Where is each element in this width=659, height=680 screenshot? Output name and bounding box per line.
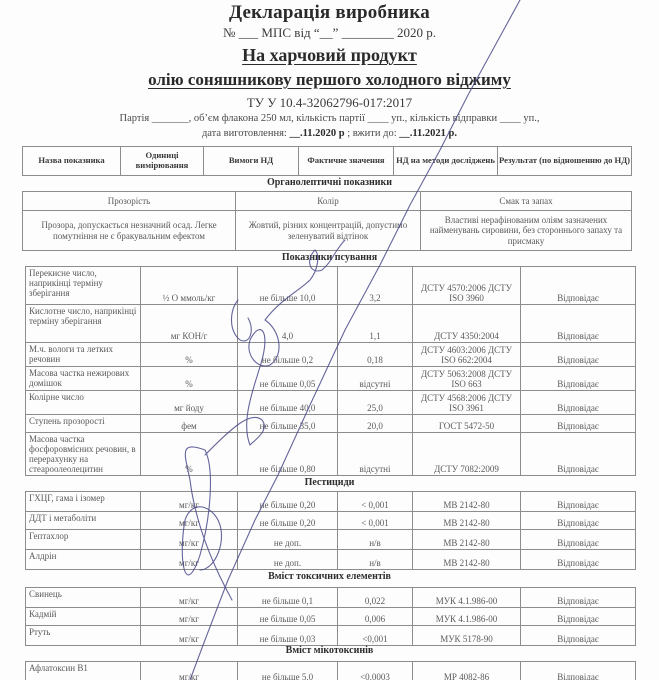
indicator-name: Масова частка нежирових домішок xyxy=(26,367,141,391)
method-cell: МВ 2142-80 xyxy=(413,512,521,530)
pesticides-table: ГХЦГ, гама і ізомермг/кгне більше 0,20< … xyxy=(25,491,636,570)
col-header-actual: Фактичне значення xyxy=(299,147,394,176)
product-line: На харчовий продукт xyxy=(0,45,659,66)
section-pesticides: Пестициди xyxy=(0,477,659,488)
unit-cell: фем xyxy=(141,415,238,433)
method-cell: ГОСТ 5472-50 xyxy=(413,415,521,433)
indicator-name: Ртуть xyxy=(26,626,141,646)
method-cell: ДСТУ 4568:2006 ДСТУ ISO 3961 xyxy=(413,391,521,415)
table-row: Алдрінмг/кгне доп.н/вМВ 2142-80Відповіда… xyxy=(26,550,636,570)
result-cell: Відповідає xyxy=(521,305,636,343)
col-header-unit: Одиниці вимірювання xyxy=(121,147,204,176)
unit-cell: мг/кг xyxy=(141,626,238,646)
table-row: Гептахлормг/кгне доп.н/вМВ 2142-80Відпов… xyxy=(26,530,636,550)
requirement-cell: не більше 0,80 xyxy=(238,433,338,476)
actual-value-cell: 25,0 xyxy=(338,391,413,415)
result-cell: Відповідає xyxy=(521,267,636,305)
indicator-name: Колірне число xyxy=(26,391,141,415)
indicator-name: Ступень прозорості xyxy=(26,415,141,433)
actual-value-cell: відсутні xyxy=(338,367,413,391)
indicator-name: Перекисне число, наприкінці терміну збер… xyxy=(26,267,141,305)
actual-value-cell: 0,18 xyxy=(338,343,413,367)
requirement-cell: не доп. xyxy=(238,550,338,570)
unit-cell: мг/кг xyxy=(141,512,238,530)
table-row: Кадміймг/кгне більше 0,050,006МУК 4.1.98… xyxy=(26,608,636,626)
result-cell: Відповідає xyxy=(521,415,636,433)
organoleptic-header-clarity: Прозорість xyxy=(23,192,236,211)
expiry-date: __.11.2021 р. xyxy=(399,128,457,139)
table-row: Свинецьмг/кгне більше 0,10,022МУК 4.1.98… xyxy=(26,588,636,608)
result-cell: Відповідає xyxy=(521,550,636,570)
organoleptic-value-taste: Властиві нерафінованим оліям зазначених … xyxy=(421,211,632,251)
actual-value-cell: 0,006 xyxy=(338,608,413,626)
method-cell: МР 4082-86 xyxy=(413,662,521,680)
indicator-name: Алдрін xyxy=(26,550,141,570)
unit-cell: мг/кг xyxy=(141,550,238,570)
result-cell: Відповідає xyxy=(521,492,636,512)
actual-value-cell: 3,2 xyxy=(338,267,413,305)
result-cell: Відповідає xyxy=(521,343,636,367)
method-cell: МВ 2142-80 xyxy=(413,550,521,570)
col-header-name: Назва показника xyxy=(23,147,121,176)
table-row: Масова частка фосфоровмісних речовин, в … xyxy=(26,433,636,476)
unit-cell: % xyxy=(141,433,238,476)
method-cell: ДСТУ 4570:2006 ДСТУ ISO 3960 xyxy=(413,267,521,305)
unit-cell: мг/кг xyxy=(141,662,238,680)
spoilage-table: Перекисне число, наприкінці терміну збер… xyxy=(25,266,636,476)
method-cell: МУК 4.1.986-00 xyxy=(413,608,521,626)
col-header-result: Результат (по відношенню до НД) xyxy=(498,147,632,176)
unit-cell: мг КОН/г xyxy=(141,305,238,343)
requirement-cell: не більше 35,0 xyxy=(238,415,338,433)
unit-cell: мг/кг xyxy=(141,608,238,626)
col-header-requirement: Вимоги НД xyxy=(204,147,299,176)
method-cell: МУК 5178-90 xyxy=(413,626,521,646)
organoleptic-header-color: Колір xyxy=(236,192,421,211)
requirement-cell: не більше 0,20 xyxy=(238,512,338,530)
table-row: Афлатоксин В1мг/кгне більше 5,0<0,0003МР… xyxy=(26,662,636,680)
method-cell: ДСТУ 7082:2009 xyxy=(413,433,521,476)
indicator-name: М.ч. вологи та летких речовин xyxy=(26,343,141,367)
unit-cell: мг/кг xyxy=(141,588,238,608)
result-cell: Відповідає xyxy=(521,512,636,530)
section-spoilage: Показники псування xyxy=(0,252,659,263)
requirement-cell: не більше 0,05 xyxy=(238,608,338,626)
document-title: Декларація виробника xyxy=(0,2,659,24)
declaration-number: № ___ МПС від “__” ________ 2020 р. xyxy=(0,25,659,41)
result-cell: Відповідає xyxy=(521,433,636,476)
unit-cell: мг/кг xyxy=(141,492,238,512)
actual-value-cell: < 0,001 xyxy=(338,492,413,512)
organoleptic-header-taste: Смак та запах xyxy=(421,192,632,211)
section-mycotoxins: Вміст мікотоксинів xyxy=(0,645,659,656)
table-row: Масова частка нежирових домішок%не більш… xyxy=(26,367,636,391)
result-cell: Відповідає xyxy=(521,626,636,646)
result-cell: Відповідає xyxy=(521,391,636,415)
actual-value-cell: н/в xyxy=(338,530,413,550)
table-row: ГХЦГ, гама і ізомермг/кгне більше 0,20< … xyxy=(26,492,636,512)
indicator-name: ДДТ і метаболіти xyxy=(26,512,141,530)
unit-cell: ½ О ммоль/кг xyxy=(141,267,238,305)
requirement-cell: не більше 0,1 xyxy=(238,588,338,608)
indicator-name: Масова частка фосфоровмісних речовин, в … xyxy=(26,433,141,476)
result-cell: Відповідає xyxy=(521,530,636,550)
actual-value-cell: 20,0 xyxy=(338,415,413,433)
date-separator: ; вжити до: xyxy=(345,128,400,139)
requirement-cell: не більше 40,0 xyxy=(238,391,338,415)
unit-cell: % xyxy=(141,367,238,391)
unit-cell: мг/кг xyxy=(141,530,238,550)
actual-value-cell: < 0,001 xyxy=(338,512,413,530)
method-cell: МВ 2142-80 xyxy=(413,530,521,550)
product-name: олію соняшникову першого холодного віджи… xyxy=(0,70,659,90)
column-header-table: Назва показника Одиниці вимірювання Вимо… xyxy=(22,146,632,176)
actual-value-cell: н/в xyxy=(338,550,413,570)
organoleptic-table: Прозорість Колір Смак та запах Прозора, … xyxy=(22,191,632,251)
section-organoleptic: Органолептичні показники xyxy=(0,177,659,188)
manufacture-date: __.11.2020 р xyxy=(289,128,344,139)
method-cell: ДСТУ 5063:2008 ДСТУ ISO 663 xyxy=(413,367,521,391)
requirement-cell: не більше 0,03 xyxy=(238,626,338,646)
requirement-cell: не більше 0,20 xyxy=(238,492,338,512)
result-cell: Відповідає xyxy=(521,588,636,608)
batch-info: Партія _______, об’єм флакона 250 мл, кі… xyxy=(0,113,659,124)
mycotoxins-table: Афлатоксин В1мг/кгне більше 5,0<0,0003МР… xyxy=(25,661,636,680)
toxic-elements-table: Свинецьмг/кгне більше 0,10,022МУК 4.1.98… xyxy=(25,587,636,646)
table-row: Ступень прозоростіфемне більше 35,020,0Г… xyxy=(26,415,636,433)
method-cell: ДСТУ 4350:2004 xyxy=(413,305,521,343)
table-row: ДДТ і метаболітимг/кгне більше 0,20< 0,0… xyxy=(26,512,636,530)
actual-value-cell: відсутні xyxy=(338,433,413,476)
unit-cell: мг йоду xyxy=(141,391,238,415)
product-name-text: олію соняшникову першого холодного віджи… xyxy=(148,70,511,89)
table-row: М.ч. вологи та летких речовин%не більше … xyxy=(26,343,636,367)
date-info: дата виготовлення: __.11.2020 р ; вжити … xyxy=(0,128,659,139)
actual-value-cell: 1,1 xyxy=(338,305,413,343)
method-cell: ДСТУ 4603:2006 ДСТУ ISO 662:2004 xyxy=(413,343,521,367)
date-prefix: дата виготовлення: xyxy=(202,128,290,139)
product-line-text: На харчовий продукт xyxy=(242,45,417,65)
result-cell: Відповідає xyxy=(521,608,636,626)
method-cell: МВ 2142-80 xyxy=(413,492,521,512)
technical-spec: ТУ У 10.4-32062796-017:2017 xyxy=(0,95,659,111)
table-row: Колірне числомг йодуне більше 40,025,0ДС… xyxy=(26,391,636,415)
section-toxic-elements: Вміст токсичних елементів xyxy=(0,571,659,582)
table-row: Перекисне число, наприкінці терміну збер… xyxy=(26,267,636,305)
actual-value-cell: <0,0003 xyxy=(338,662,413,680)
indicator-name: Кислотне число, наприкінці терміну збері… xyxy=(26,305,141,343)
requirement-cell: не доп. xyxy=(238,530,338,550)
actual-value-cell: <0,001 xyxy=(338,626,413,646)
requirement-cell: не більше 10,0 xyxy=(238,267,338,305)
organoleptic-value-color: Жовтий, різних концентрацій, допустимо з… xyxy=(236,211,421,251)
organoleptic-value-clarity: Прозора, допускається незначний осад. Ле… xyxy=(23,211,236,251)
col-header-method: НД на методи досліджень xyxy=(394,147,498,176)
unit-cell: % xyxy=(141,343,238,367)
indicator-name: Афлатоксин В1 xyxy=(26,662,141,680)
table-row: Ртутьмг/кгне більше 0,03<0,001МУК 5178-9… xyxy=(26,626,636,646)
requirement-cell: 4,0 xyxy=(238,305,338,343)
requirement-cell: не більше 5,0 xyxy=(238,662,338,680)
method-cell: МУК 4.1.986-00 xyxy=(413,588,521,608)
requirement-cell: не більше 0,05 xyxy=(238,367,338,391)
table-row: Кислотне число, наприкінці терміну збері… xyxy=(26,305,636,343)
actual-value-cell: 0,022 xyxy=(338,588,413,608)
requirement-cell: не більше 0,2 xyxy=(238,343,338,367)
result-cell: Відповідає xyxy=(521,367,636,391)
indicator-name: Гептахлор xyxy=(26,530,141,550)
indicator-name: ГХЦГ, гама і ізомер xyxy=(26,492,141,512)
indicator-name: Свинець xyxy=(26,588,141,608)
result-cell: Відповідає xyxy=(521,662,636,680)
indicator-name: Кадмій xyxy=(26,608,141,626)
